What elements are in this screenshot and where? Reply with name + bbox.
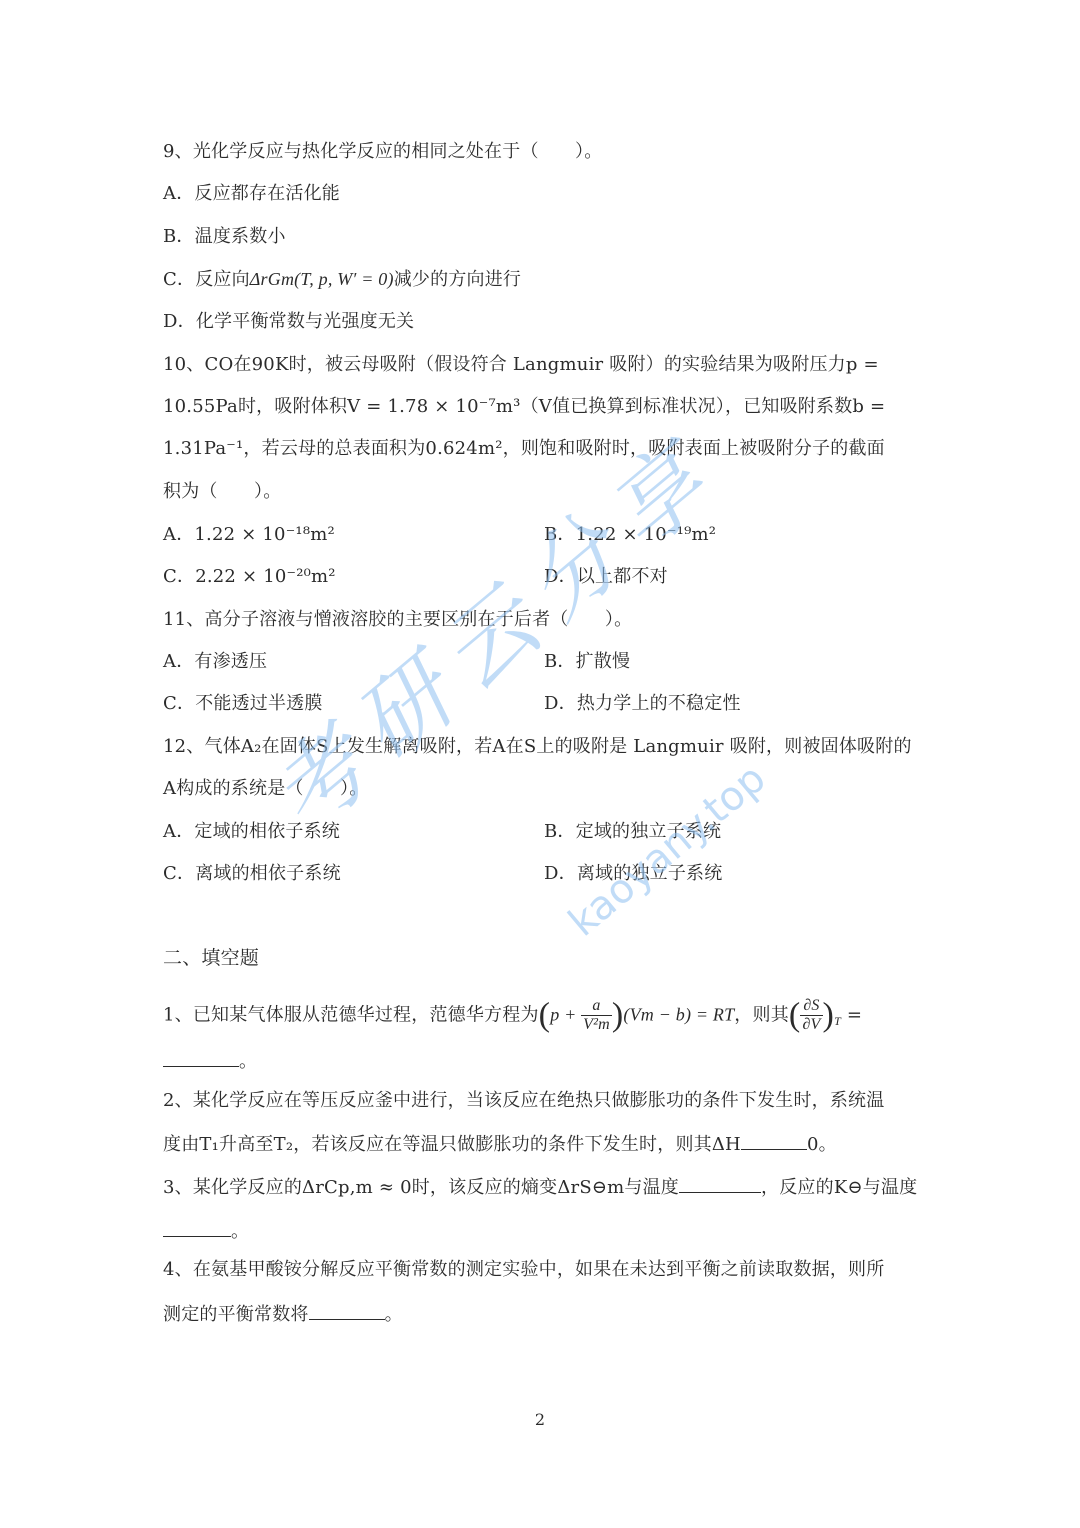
fill-2-end: 0。 bbox=[807, 1134, 837, 1155]
fill-4-line-2: 测定的平衡常数将。 bbox=[163, 1301, 403, 1327]
option-label: C． bbox=[163, 693, 195, 714]
option-label: D． bbox=[163, 311, 196, 332]
option-text: 定域的独立子系统 bbox=[576, 821, 722, 842]
option-label: D． bbox=[544, 566, 577, 587]
answer-blank[interactable] bbox=[163, 1218, 231, 1237]
option-label: C． bbox=[163, 269, 195, 290]
option-label: A． bbox=[163, 651, 194, 672]
option-text: 反应都存在活化能 bbox=[194, 183, 340, 204]
option-text: 有渗透压 bbox=[194, 651, 267, 672]
q10-line-2: 10.55Pa时，吸附体积V = 1.78 × 10⁻⁷m³（V值已换算到标准状… bbox=[163, 395, 885, 419]
q10-option-a: A．1.22 × 10⁻¹⁸m² bbox=[163, 523, 335, 547]
option-text-pre: 反应向 bbox=[195, 269, 250, 290]
q11-option-b: B．扩散慢 bbox=[544, 650, 630, 674]
fill-4-line-1: 4、在氨基甲酸铵分解反应平衡常数的测定实验中，如果在未达到平衡之前读取数据，则所 bbox=[163, 1258, 884, 1282]
q12-option-c: C．离域的相依子系统 bbox=[163, 862, 341, 886]
fill-1-line-2: 。 bbox=[163, 1048, 257, 1074]
answer-blank[interactable] bbox=[309, 1301, 385, 1320]
q9-stem: 9、光化学反应与热化学反应的相同之处在于（ ）。 bbox=[163, 140, 602, 164]
watermark-url: kaoyany.top bbox=[560, 755, 774, 945]
fill-1-eq-rest: (Vm − b) = RT bbox=[623, 1005, 734, 1025]
fill-2-text: 度由T₁升高至T₂，若该反应在等温只做膨胀功的条件下发生时，则其ΔH bbox=[163, 1134, 741, 1155]
fill-4-end: 。 bbox=[385, 1304, 403, 1325]
q10-option-c: C．2.22 × 10⁻²⁰m² bbox=[163, 565, 336, 589]
q10-line-1: 10、CO在90K时，被云母吸附（假设符合 Langmuir 吸附）的实验结果为… bbox=[163, 353, 879, 377]
option-label: B． bbox=[544, 524, 576, 545]
option-label: C． bbox=[163, 863, 195, 884]
option-text: 1.22 × 10⁻¹⁸m² bbox=[194, 524, 335, 545]
q10-line-3: 1.31Pa⁻¹，若云母的总表面积为0.624m²，则饱和吸附时，吸附表面上被吸… bbox=[163, 437, 885, 461]
option-text: 热力学上的不稳定性 bbox=[577, 693, 741, 714]
q10-line-4: 积为（ ）。 bbox=[163, 480, 281, 504]
option-label: A． bbox=[163, 183, 194, 204]
option-text-post: 减少的方向进行 bbox=[394, 269, 521, 290]
option-label: C． bbox=[163, 566, 195, 587]
paren-open: ( bbox=[539, 997, 551, 1034]
partial-derivative: ∂S∂V bbox=[800, 997, 822, 1034]
fill-1-line-1: 1、已知某气体服从范德华过程，范德华方程为(p + aV²m)(Vm − b) … bbox=[163, 997, 862, 1034]
fill-2-line-2: 度由T₁升高至T₂，若该反应在等温只做膨胀功的条件下发生时，则其ΔH0。 bbox=[163, 1131, 837, 1157]
fill-2-line-1: 2、某化学反应在等压反应釜中进行，当该反应在绝热只做膨胀功的条件下发生时，系统温 bbox=[163, 1089, 884, 1113]
option-label: A． bbox=[163, 524, 194, 545]
q9-option-b: B．温度系数小 bbox=[163, 225, 286, 249]
option-text: 不能透过半透膜 bbox=[195, 693, 322, 714]
fill-4-text: 测定的平衡常数将 bbox=[163, 1304, 309, 1325]
deriv-subscript: T bbox=[834, 1014, 841, 1028]
option-text: 定域的相依子系统 bbox=[194, 821, 340, 842]
q11-option-d: D．热力学上的不稳定性 bbox=[544, 692, 741, 716]
page-number: 2 bbox=[0, 1410, 1080, 1429]
fraction-a-over-vm2: aV²m bbox=[581, 997, 612, 1034]
option-text: 1.22 × 10⁻¹⁹m² bbox=[576, 524, 717, 545]
option-label: B． bbox=[544, 651, 576, 672]
answer-blank[interactable] bbox=[163, 1048, 239, 1067]
fill-1-text: 1、已知某气体服从范德华过程，范德华方程为 bbox=[163, 1005, 539, 1026]
paren-close: ) bbox=[823, 997, 835, 1034]
option-text: 离域的独立子系统 bbox=[577, 863, 723, 884]
option-text: 扩散慢 bbox=[576, 651, 631, 672]
option-label: D． bbox=[544, 693, 577, 714]
q9-option-c: C．反应向ΔrGm(T, p, W′ = 0)减少的方向进行 bbox=[163, 267, 521, 292]
option-text: 离域的相依子系统 bbox=[195, 863, 341, 884]
option-label: B． bbox=[544, 821, 576, 842]
answer-blank[interactable] bbox=[741, 1131, 807, 1150]
q11-stem: 11、高分子溶液与憎液溶胶的主要区别在于后者（ ）。 bbox=[163, 608, 632, 632]
option-text: 温度系数小 bbox=[195, 226, 286, 247]
q11-option-c: C．不能透过半透膜 bbox=[163, 692, 323, 716]
option-math: ΔrGm(T, p, W′ = 0) bbox=[250, 269, 394, 289]
q12-line-2: A构成的系统是（ ）。 bbox=[163, 777, 367, 801]
option-text: 2.22 × 10⁻²⁰m² bbox=[195, 566, 336, 587]
paren-close: ) bbox=[612, 997, 624, 1034]
fill-3-end: 。 bbox=[231, 1221, 249, 1242]
document-page: 9、光化学反应与热化学反应的相同之处在于（ ）。 A．反应都存在活化能 B．温度… bbox=[0, 0, 1080, 1528]
q9-option-a: A．反应都存在活化能 bbox=[163, 182, 340, 206]
section-heading: 二、填空题 bbox=[163, 946, 259, 970]
option-label: D． bbox=[544, 863, 577, 884]
fill-1-tail: = bbox=[841, 1005, 862, 1026]
option-text: 化学平衡常数与光强度无关 bbox=[196, 311, 414, 332]
answer-blank[interactable] bbox=[679, 1174, 761, 1193]
paren-open: ( bbox=[789, 997, 801, 1034]
fill-3-text: 3、某化学反应的ΔrCp,m ≈ 0时，该反应的熵变ΔrS⊖m与温度 bbox=[163, 1177, 679, 1198]
fill-3-mid: ，反应的K⊖与温度 bbox=[761, 1177, 917, 1198]
q12-option-d: D．离域的独立子系统 bbox=[544, 862, 722, 886]
fill-1-mid: ，则其 bbox=[734, 1005, 789, 1026]
q11-option-a: A．有渗透压 bbox=[163, 650, 267, 674]
q12-option-b: B．定域的独立子系统 bbox=[544, 820, 721, 844]
fill-1-end: 。 bbox=[239, 1051, 257, 1072]
q10-option-b: B．1.22 × 10⁻¹⁹m² bbox=[544, 523, 716, 547]
q12-option-a: A．定域的相依子系统 bbox=[163, 820, 340, 844]
q9-option-d: D．化学平衡常数与光强度无关 bbox=[163, 310, 414, 334]
option-label: B． bbox=[163, 226, 195, 247]
q12-line-1: 12、气体A₂在固体S上发生解离吸附，若A在S上的吸附是 Langmuir 吸附… bbox=[163, 735, 912, 759]
fill-3-line-2: 。 bbox=[163, 1218, 249, 1244]
fill-1-p: p + bbox=[550, 1005, 581, 1025]
option-text: 以上都不对 bbox=[577, 566, 668, 587]
option-label: A． bbox=[163, 821, 194, 842]
q10-option-d: D．以上都不对 bbox=[544, 565, 668, 589]
fill-3-line-1: 3、某化学反应的ΔrCp,m ≈ 0时，该反应的熵变ΔrS⊖m与温度，反应的K⊖… bbox=[163, 1174, 917, 1200]
